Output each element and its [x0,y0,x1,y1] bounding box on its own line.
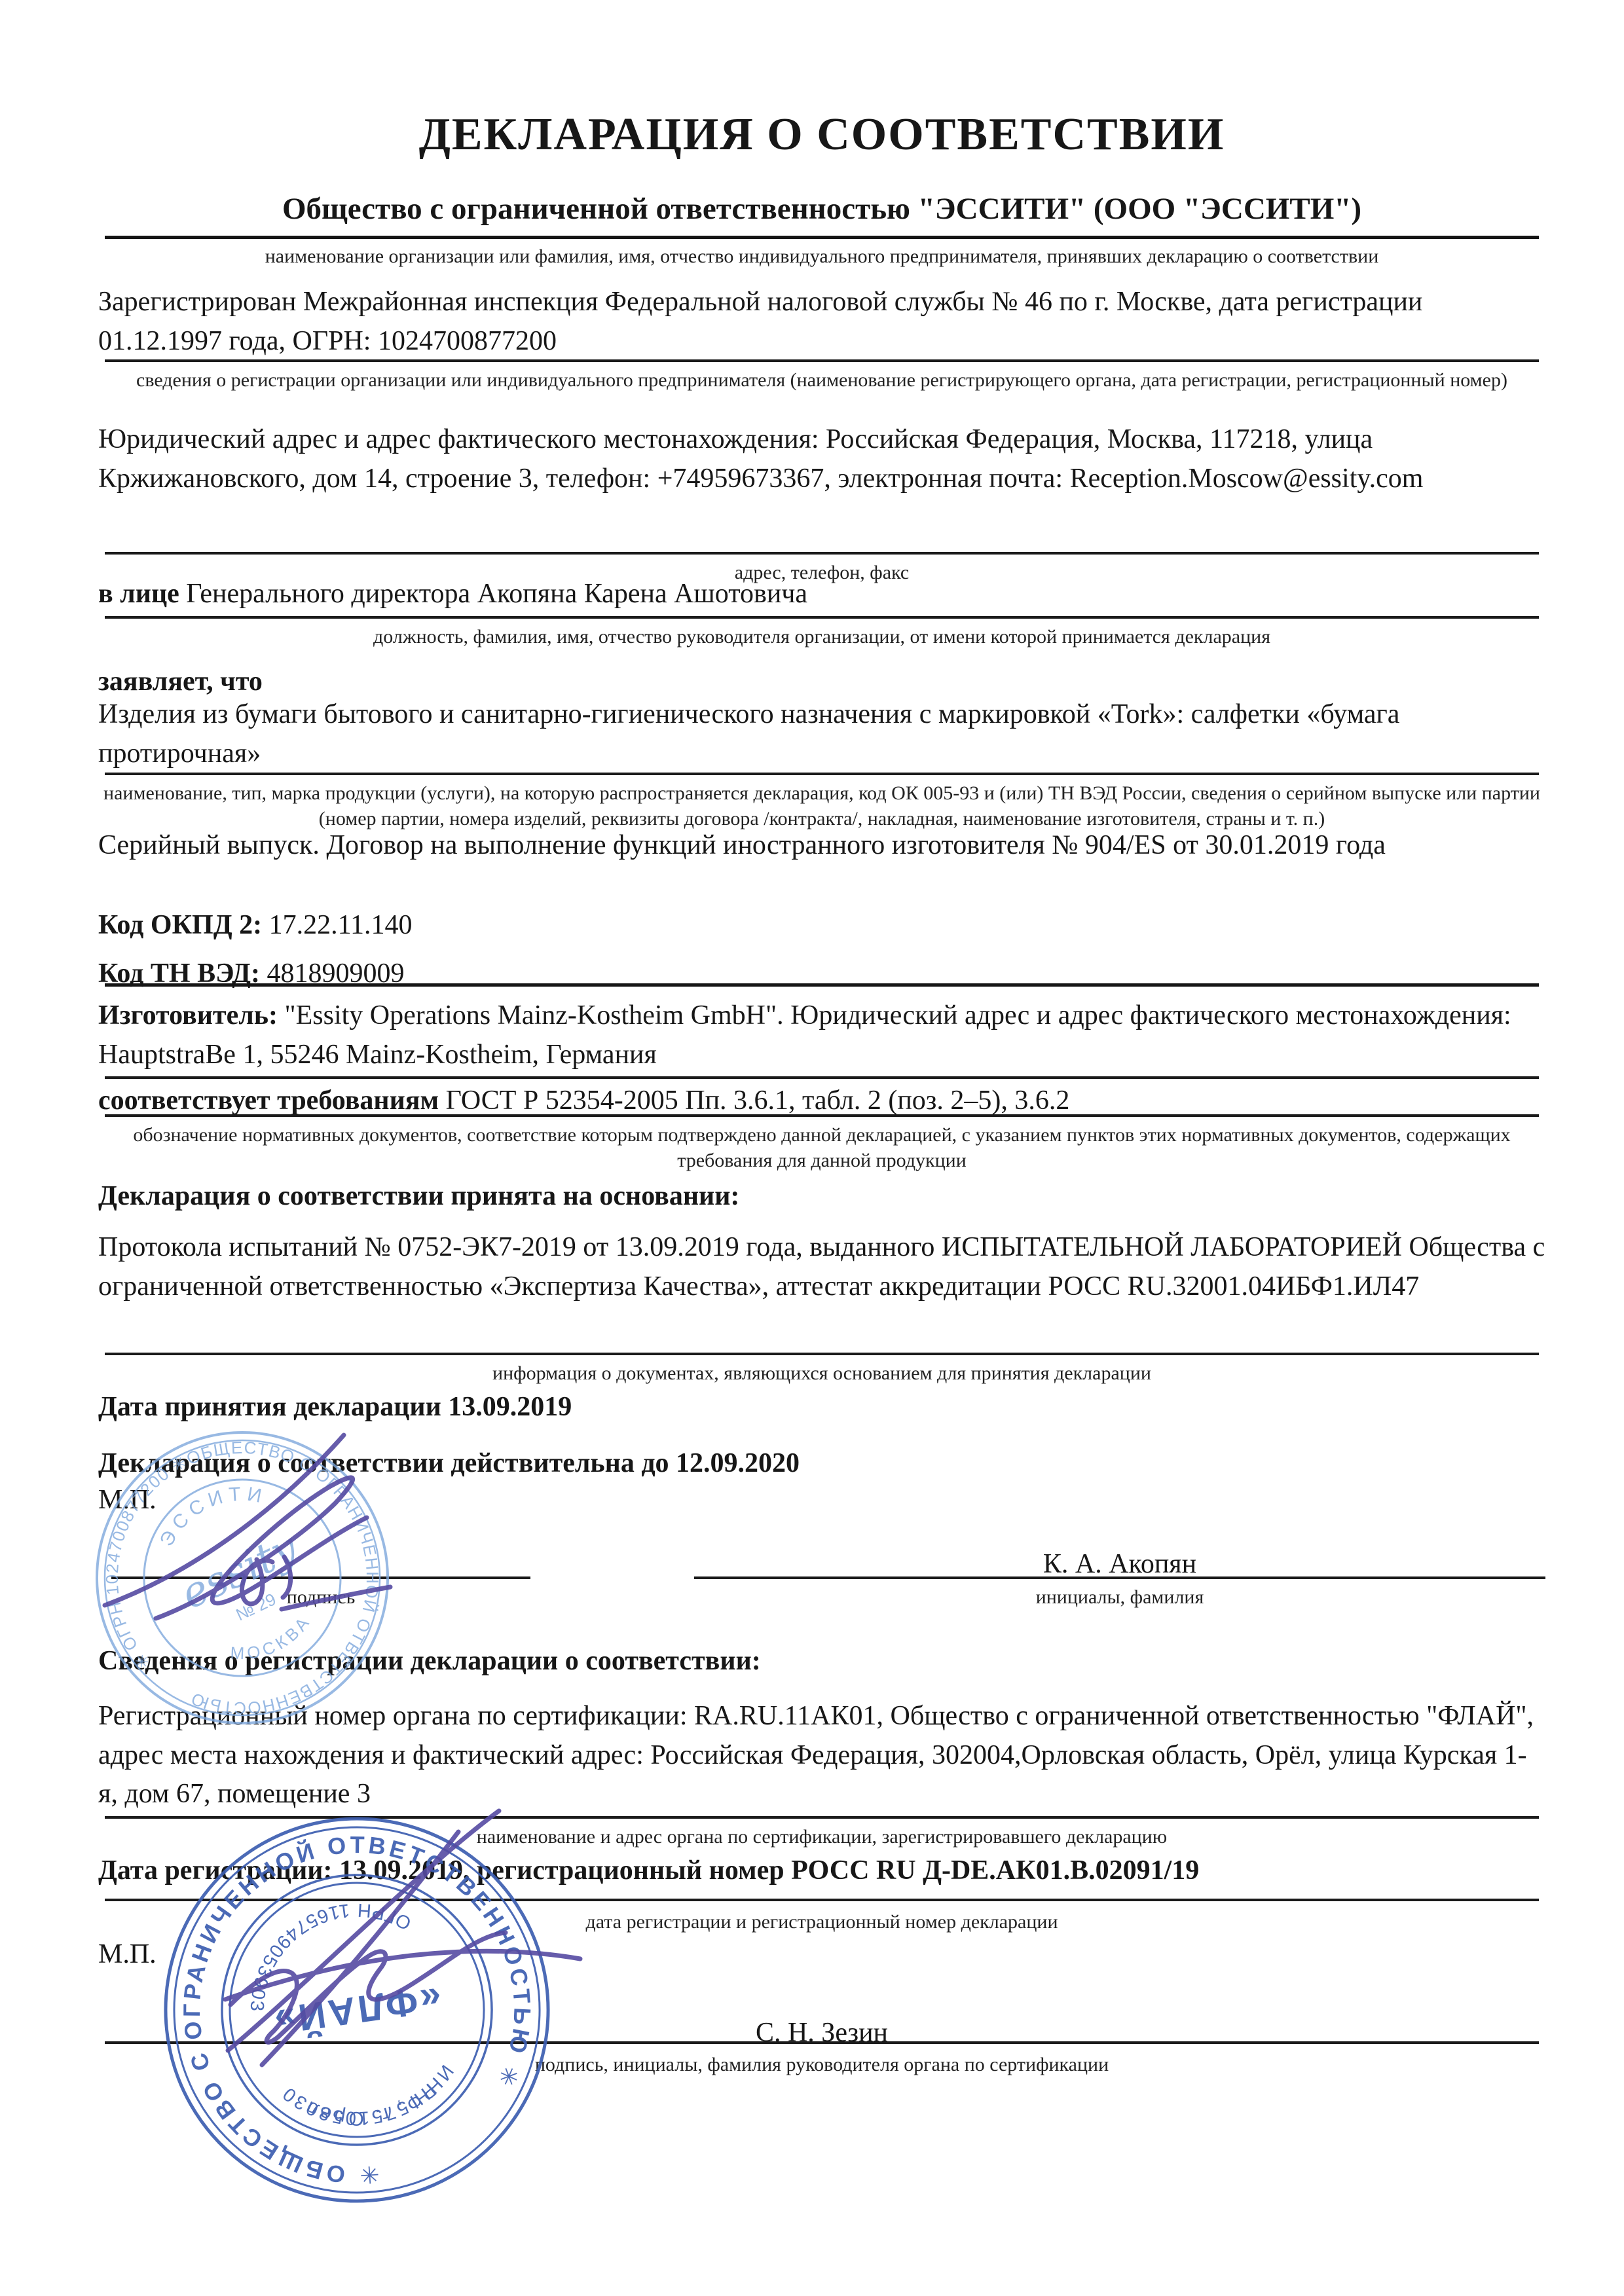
in-person-line: в лице Генерального директора Акопяна Ка… [98,575,1545,614]
signature-line [111,1576,530,1579]
declaration-document: ДЕКЛАРАЦИЯ О СООТВЕТСТВИИ Общество с огр… [0,0,1624,2296]
tnved-code-line: Код ТН ВЭД: 4818909009 [98,955,1545,994]
divider [105,616,1539,619]
divider [105,236,1539,239]
cert-head-name: С. Н. Зезин [98,2014,1545,2053]
manufacturer-line: Изготовитель: "Essity Operations Mainz-K… [98,996,1545,1074]
okpd-label: Код ОКПД 2: [98,910,262,940]
caption-reg-date: дата регистрации и регистрационный номер… [98,1909,1545,1935]
flay-stamp-city: РФ, г. Орел [298,2077,443,2138]
caption-initials: инициалы, фамилия [694,1584,1545,1610]
caption-org: наименование организации или фамилия, им… [98,244,1545,269]
okpd-code-line: Код ОКПД 2: 17.22.11.140 [98,906,1545,945]
divider [105,983,1539,987]
legal-address: Юридический адрес и адрес фактического м… [98,420,1545,498]
divider [105,552,1539,555]
initials-line [694,1576,1545,1579]
divider [105,1076,1539,1079]
caption-cert-head: подпись, инициалы, фамилия руководителя … [98,2052,1545,2077]
caption-reg-org: наименование и адрес органа по сертифика… [98,1824,1545,1850]
svg-text:РФ, г. Орел: РФ, г. Орел [298,2077,443,2138]
divider [105,1353,1539,1355]
conformity-standard: ГОСТ Р 52354-2005 Пп. 3.6.1, табл. 2 (по… [439,1085,1069,1116]
okpd-value: 17.22.11.140 [262,910,412,940]
manufacturer-label: Изготовитель: [98,1000,278,1030]
reg-body: Регистрационный номер органа по сертифик… [98,1697,1545,1814]
caption-normative: обозначение нормативных документов, соот… [98,1122,1545,1173]
divider [105,359,1539,362]
basis-title: Декларация о соответствии принята на осн… [98,1177,1545,1216]
caption-basis: информация о документах, являющихся осно… [98,1360,1545,1386]
conformity-label: соответствует требованиям [98,1085,439,1116]
product-description: Изделия из бумаги бытового и санитарно-г… [98,695,1545,773]
reg-section-title: Сведения о регистрации декларации о соот… [98,1642,1545,1681]
declarant-org-name: Общество с ограниченной ответственностью… [98,191,1545,227]
registration-info: Зарегистрирован Межрайонная инспекция Фе… [98,283,1545,361]
valid-until: Декларация о соответствии действительна … [98,1444,1545,1484]
stamp-place-label-1: М.П. [98,1481,229,1520]
divider [105,1114,1539,1117]
in-person-name: Генерального директора Акопяна Карена Аш… [179,579,807,609]
divider [105,773,1539,775]
reg-date-line: Дата регистрации: 13.09.2019, регистраци… [98,1851,1545,1891]
basis-text: Протокола испытаний № 0752-ЭК7-2019 от 1… [98,1228,1545,1306]
caption-signature: подпись [111,1584,530,1610]
page-title: ДЕКЛАРАЦИЯ О СООТВЕТСТВИИ [98,109,1545,161]
divider [105,2041,1539,2044]
manufacturer-value: "Essity Operations Mainz-Kostheim GmbH".… [98,1000,1511,1070]
serial-release: Серийный выпуск. Договор на выполнение ф… [98,826,1545,866]
divider [105,1899,1539,1901]
divider [105,1816,1539,1819]
stamp-place-label-2: М.П. [98,1935,229,1975]
caption-registration: сведения о регистрации организации или и… [98,367,1545,393]
caption-product: наименование, тип, марка продукции (услу… [98,780,1545,831]
adoption-date: Дата принятия декларации 13.09.2019 [98,1388,1545,1427]
caption-person: должность, фамилия, имя, отчество руково… [98,624,1545,649]
in-person-label: в лице [98,579,179,609]
